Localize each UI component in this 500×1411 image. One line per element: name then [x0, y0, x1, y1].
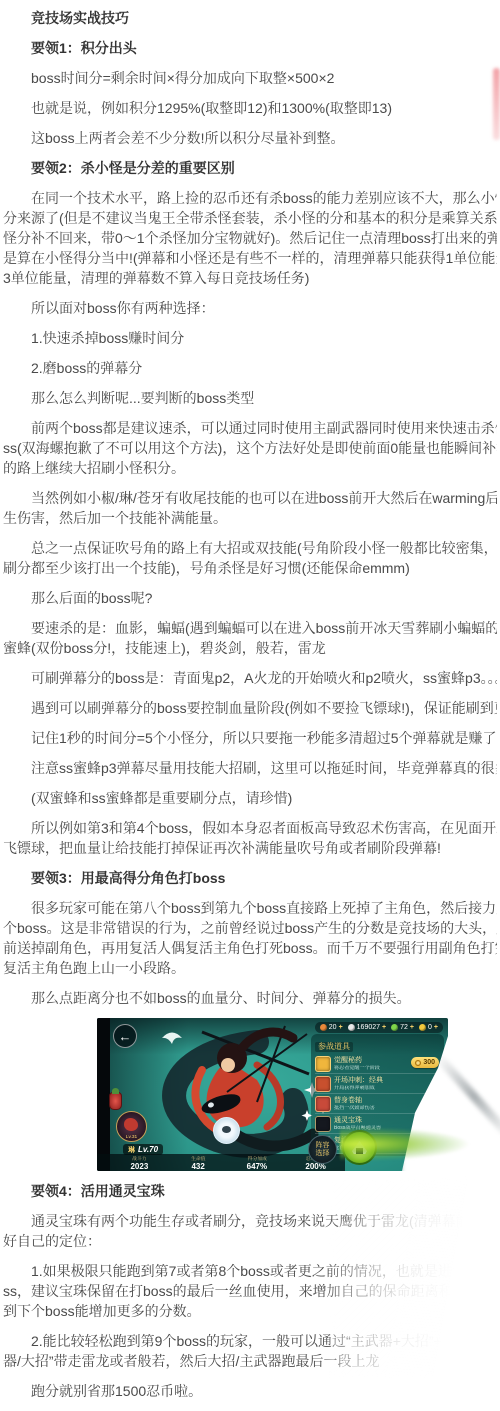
battle-item-row[interactable]: 开场冲刺：经典开局获得冲刺加成: [315, 1074, 440, 1094]
battle-item-subtitle: 开局获得冲刺加成: [334, 1085, 376, 1091]
ring-currency-icon: [348, 1024, 355, 1031]
paragraph: 那么怎么判断呢...要判断的boss类型: [3, 388, 497, 408]
paragraph-line: 2.磨boss的弹幕分: [3, 358, 497, 378]
hero-level: Lv.70: [138, 1145, 158, 1154]
paragraph-line: 跑分就别省那1500忍币啦。: [3, 1381, 497, 1401]
paragraph-line: 分来源了(但是不建议当鬼王全带杀怪套装，杀小怪的分和基本的积分是乘算关系，得分加…: [3, 208, 497, 228]
paragraph: (双蜜蜂和ss蜜蜂都是重要刷分点，请珍惜): [3, 788, 497, 808]
paragraph-line: 注意ss蜜蜂p3弹幕尽量用技能大招刷，这里可以拖延时间，毕竟弹幕真的很多!: [3, 758, 497, 778]
paragraph-line: 也就是说，例如积分1295%(取整即12)和1300%(取整即13): [3, 98, 497, 118]
paragraph-line: 很多玩家可能在第八个boss到第九个boss直接路上死掉了主角色，然后接力用副角…: [3, 898, 497, 918]
stat-cell: 得分加成647%: [228, 1155, 287, 1171]
battle-item-text: 开场冲刺：经典开局获得冲刺加成: [334, 1076, 383, 1092]
paragraph-line: 遇到可以刷弹幕分的boss要控制血量阶段(例如不要捡飞镖球!)，保证能刷到更多弹…: [3, 698, 497, 718]
paragraph: 前两个boss都是建议速杀，可以通过同时使用主副武器同时使用来快速击杀低血量的前…: [3, 418, 497, 478]
heading: 要领2：杀小怪是分差的重要区别: [3, 158, 497, 178]
stat-label: 战斗力: [116, 1155, 163, 1161]
team-select-label-2: 选择: [316, 1150, 330, 1158]
paragraph: 要速杀的是：血影，蝙蝠(遇到蝙蝠可以在进入boss前开冰天雪葬刷小蝙蝠的分哦)，…: [3, 618, 497, 658]
article-page: 竞技场实战技巧要领1：积分出头boss时间分=剩余时间×得分加成向下取整×500…: [0, 0, 500, 1411]
paragraph: 所以面对boss你有两种选择：: [3, 298, 497, 318]
paragraph-line: 要速杀的是：血影，蝙蝠(遇到蝙蝠可以在进入boss前开冰天雪葬刷小蝙蝠的分哦)，…: [3, 618, 497, 638]
red-edge-smudge: [493, 68, 500, 140]
paragraph-line: 1.快速杀掉boss赚时间分: [3, 328, 497, 348]
paragraph-line: 那么点距离分也不如boss的血量分、时间分、弹幕分的损失。: [3, 988, 497, 1008]
paragraph: 在同一个技术水平，路上捡的忍币还有杀boss的能力差别应该不大，那么小怪分就是重…: [3, 188, 497, 288]
companion-level: Lv.31: [120, 1135, 143, 1141]
paragraph: 这boss上两者会差不少分数!所以积分尽量补到整。: [3, 128, 497, 148]
currency-value: 0: [428, 1024, 432, 1031]
paragraph-line: 要领1：积分出头: [3, 38, 497, 58]
paragraph: 那么后面的boss呢?: [3, 588, 497, 608]
onigiri-button[interactable]: [342, 1130, 377, 1165]
heading: 要领3：用最高得分角色打boss: [3, 868, 497, 888]
battle-item-icon: [315, 1056, 331, 1072]
paragraph: 2.磨boss的弹幕分: [3, 358, 497, 378]
helmet-currency-icon: [320, 1024, 327, 1031]
paragraph: 总之一点保证吹号角的路上有大招或双技能(号角阶段小怪一般都比较密集，无论为了生存…: [3, 538, 497, 578]
paragraph-line: 的路上继续大招刷小怪积分。: [3, 458, 497, 478]
paragraph: 记住1秒的时间分=5个小怪分，所以只要拖一秒能多清超过5个弹幕就是赚了。: [3, 728, 497, 748]
currency-plus-button[interactable]: +: [434, 1024, 438, 1031]
paragraph: 当然例如小椒/琳/苍牙有收尾技能的也可以在进boss前开大然后在warming后…: [3, 488, 497, 528]
paragraph: 也就是说，例如积分1295%(取整即12)和1300%(取整即13): [3, 98, 497, 118]
battle-item-icon: [315, 1076, 331, 1092]
currency-plus-button[interactable]: +: [410, 1024, 414, 1031]
companion-avatar[interactable]: Lv.31: [116, 1111, 147, 1142]
stat-label: 生命值: [175, 1155, 222, 1161]
paragraph-line: 刷分都至少该打出一个技能)，号角杀怪是好习惯(还能保命emmm): [3, 558, 497, 578]
heading: 竞技场实战技巧: [3, 8, 497, 28]
paragraph: 很多玩家可能在第八个boss到第九个boss直接路上死掉了主角色，然后接力用副角…: [3, 898, 497, 978]
game-screenshot-figure: ← 20+169027+72+0+ 参战道具 觉醒秘药将忍者觉醒一个阶段300开…: [97, 1018, 448, 1171]
white-fade-overlay: [330, 1178, 500, 1378]
onigiri-icon: [352, 1141, 367, 1154]
stat-value: 432: [169, 1163, 228, 1171]
battle-item-text: 通灵宝珠Boss战中召唤通灵兽: [334, 1116, 389, 1132]
currency-plus-button[interactable]: +: [382, 1024, 386, 1031]
currency-bar: 20+169027+72+0+: [315, 1022, 443, 1033]
team-select-button[interactable]: 阵容 选择: [308, 1135, 337, 1164]
back-button[interactable]: ←: [113, 1024, 137, 1048]
paragraph-line: 这boss上两者会差不少分数!所以积分尽量补到整。: [3, 128, 497, 148]
battle-item-icon: [315, 1116, 331, 1132]
paragraph-line: 个boss。这是非常错误的行为，之前曾经说过boss产生的分数是竞技场的大头，所…: [3, 918, 497, 938]
battle-item-text: 替身卷轴抵挡一次致命伤害: [334, 1096, 382, 1112]
paragraph-line: 要领3：用最高得分角色打boss: [3, 868, 497, 888]
paragraph-line: 竞技场实战技巧: [3, 8, 497, 28]
article-top-section: 竞技场实战技巧要领1：积分出头boss时间分=剩余时间×得分加成向下取整×500…: [3, 8, 497, 1008]
paragraph-line: (双蜜蜂和ss蜜蜂都是重要刷分点，请珍惜): [3, 788, 497, 808]
battle-item-title: 觉醒秘药: [334, 1056, 388, 1065]
paragraph: 1.快速杀掉boss赚时间分: [3, 328, 497, 348]
battle-items-title: 参战道具: [315, 1042, 353, 1052]
stat-value: 200%: [286, 1163, 345, 1171]
game-screenshot: ← 20+169027+72+0+ 参战道具 觉醒秘药将忍者觉醒一个阶段300开…: [97, 1018, 448, 1171]
paragraph-line: 蜜蜂(双份boss分!，技能速上)，碧炎剑，般若，雷龙: [3, 638, 497, 658]
paragraph: 跑分就别省那1500忍币啦。: [3, 1381, 497, 1401]
stats-bar: 战斗力2023生命值432得分加成647%忍币加成200%: [97, 1154, 345, 1171]
currency-value: 20: [329, 1024, 337, 1031]
paragraph-line: 3单位能量，清理的弹幕数不算入每日竞技场任务): [3, 268, 497, 288]
paragraph-line: 前送掉副角色，再用复活人偶复活主角色打死boss。而千万不要强行用副角色打完最后…: [3, 938, 497, 958]
paragraph-line: 怪分补不回来，带0～1个杀怪加分宝物就好)。然后记住一点清理boss打出来的弹幕…: [3, 228, 497, 248]
paragraph: 那么点距离分也不如boss的血量分、时间分、弹幕分的损失。: [3, 988, 497, 1008]
paragraph-line: 当然例如小椒/琳/苍牙有收尾技能的也可以在进boss前开大然后在warming后…: [3, 488, 497, 508]
stat-value: 647%: [228, 1163, 287, 1171]
potion-icon: [109, 1092, 122, 1110]
team-select-label-1: 阵容: [316, 1142, 330, 1150]
paragraph-line: ss(双海螺抱歉了不可以用这个方法)，这个方法好处是即使前面0能量也能瞬间补满，…: [3, 438, 497, 458]
paragraph: 可刷弹幕分的boss是：青面鬼p2，A火龙的开始喷火和p2喷火，ss蜜蜂p3。。…: [3, 668, 497, 688]
battle-item-icon: [315, 1096, 331, 1112]
battle-item-title: 开场冲刺：经典: [334, 1076, 383, 1085]
stat-cell: 战斗力2023: [110, 1155, 169, 1171]
paragraph-line: 要领2：杀小怪是分差的重要区别: [3, 158, 497, 178]
yellow-gem-currency-icon: [419, 1024, 426, 1031]
paragraph-line: 所以例如第3和第4个boss，假如本身忍者面板高导致忍术伤害高，在见面开忍术时千…: [3, 818, 497, 838]
paragraph-line: 可刷弹幕分的boss是：青面鬼p2，A火龙的开始喷火和p2喷火，ss蜜蜂p3。。…: [3, 668, 497, 688]
green-gem-currency: 72+: [391, 1024, 414, 1031]
battle-item-text: 觉醒秘药将忍者觉醒一个阶段: [334, 1056, 388, 1072]
paragraph-line: 前两个boss都是建议速杀，可以通过同时使用主副武器同时使用来快速击杀低血量的前…: [3, 418, 497, 438]
coin-icon: [415, 1060, 421, 1066]
yellow-gem-currency: 0+: [419, 1024, 438, 1031]
paragraph: 注意ss蜜蜂p3弹幕尽量用技能大招刷，这里可以拖延时间，毕竟弹幕真的很多!: [3, 758, 497, 778]
paragraph-line: 所以面对boss你有两种选择：: [3, 298, 497, 318]
battle-item-subtitle: 抵挡一次致命伤害: [334, 1105, 375, 1111]
paragraph-line: boss时间分=剩余时间×得分加成向下取整×500×2: [3, 68, 497, 88]
paragraph-line: 那么后面的boss呢?: [3, 588, 497, 608]
paragraph-line: 记住1秒的时间分=5个小怪分，所以只要拖一秒能多清超过5个弹幕就是赚了。: [3, 728, 497, 748]
ring-currency: 169027+: [348, 1024, 386, 1031]
helmet-currency: 20+: [320, 1024, 343, 1031]
paragraph-line: 那么怎么判断呢...要判断的boss类型: [3, 388, 497, 408]
price-value: 300: [423, 1059, 435, 1066]
companion-portrait: [124, 1118, 138, 1131]
paragraph-line: 复活主角色跑上山一小段路。: [3, 958, 497, 978]
paragraph-line: 总之一点保证吹号角的路上有大招或双技能(号角阶段小怪一般都比较密集，无论为了生存…: [3, 538, 497, 558]
paragraph-line: 飞镖球，把血量让给技能打掉保证再次补满能量吹号角或者刷阶段弹幕!: [3, 838, 497, 858]
stat-cell: 生命值432: [169, 1155, 228, 1171]
paragraph: boss时间分=剩余时间×得分加成向下取整×500×2: [3, 68, 497, 88]
battle-item-subtitle: 将忍者觉醒一个阶段: [334, 1065, 380, 1071]
paragraph-line: 在同一个技术水平，路上捡的忍币还有杀boss的能力差别应该不大，那么小怪分就是重…: [3, 188, 497, 208]
heading: 要领1：积分出头: [3, 38, 497, 58]
currency-plus-button[interactable]: +: [339, 1024, 343, 1031]
paragraph-line: 生伤害，然后加一个技能补满能量。: [3, 508, 497, 528]
currency-value: 169027: [357, 1024, 380, 1031]
currency-value: 72: [400, 1024, 408, 1031]
pet-avatar[interactable]: [213, 1117, 240, 1144]
battle-item-row[interactable]: 觉醒秘药将忍者觉醒一个阶段300: [315, 1054, 440, 1074]
hero-name-badge: 琳: [128, 1145, 135, 1155]
paragraph: 遇到可以刷弹幕分的boss要控制血量阶段(例如不要捡飞镖球!)，保证能刷到更多弹…: [3, 698, 497, 718]
paragraph-line: 是算在小怪得分当中!(弹幕和小怪还是有些不一样的，清理弹幕只能获得1单位能量，清…: [3, 248, 497, 268]
paragraph: 所以例如第3和第4个boss，假如本身忍者面板高导致忍术伤害高，在见面开忍术时千…: [3, 818, 497, 858]
stat-label: 得分加成: [233, 1155, 280, 1161]
green-gem-currency-icon: [391, 1024, 398, 1031]
stat-value: 2023: [110, 1163, 169, 1171]
battle-item-title: 通灵宝珠: [334, 1116, 389, 1125]
battle-item-title: 替身卷轴: [334, 1096, 382, 1105]
